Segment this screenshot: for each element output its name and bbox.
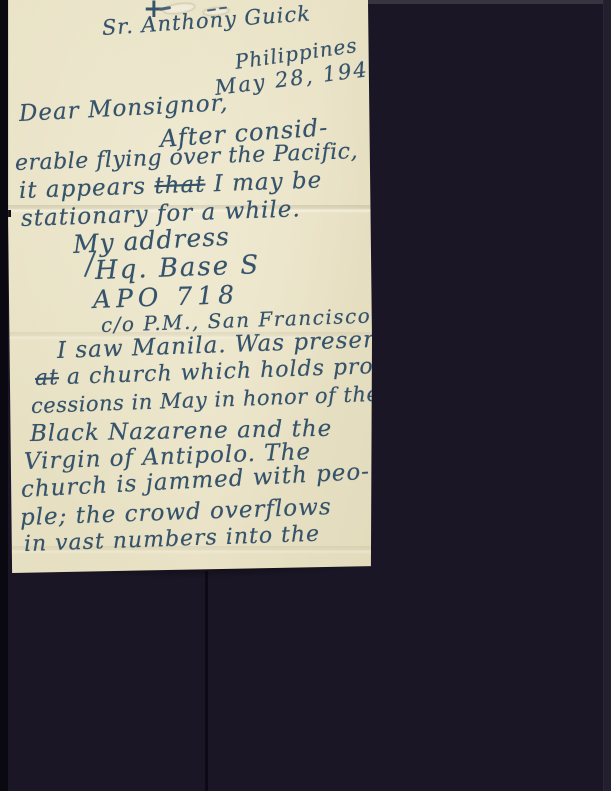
line-text: it appears (19, 173, 155, 204)
address-line: APO 718 (93, 282, 240, 312)
scan-top-strip (368, 0, 611, 4)
sender-line: Sr. Anthony Guick (101, 3, 311, 39)
scan-right-strip (603, 0, 611, 791)
struck-word: at (35, 365, 60, 391)
salutation-line: Dear Monsignor, (18, 92, 229, 126)
letter-paper: + Sr. Anthony Guick Philippines May 28, … (7, 0, 372, 573)
scan-background-seam (205, 571, 208, 791)
struck-word: that (154, 171, 206, 199)
scanned-letter-page: + Sr. Anthony Guick Philippines May 28, … (0, 0, 611, 791)
line-text: I may be (205, 167, 323, 197)
scan-left-edge (0, 0, 8, 791)
